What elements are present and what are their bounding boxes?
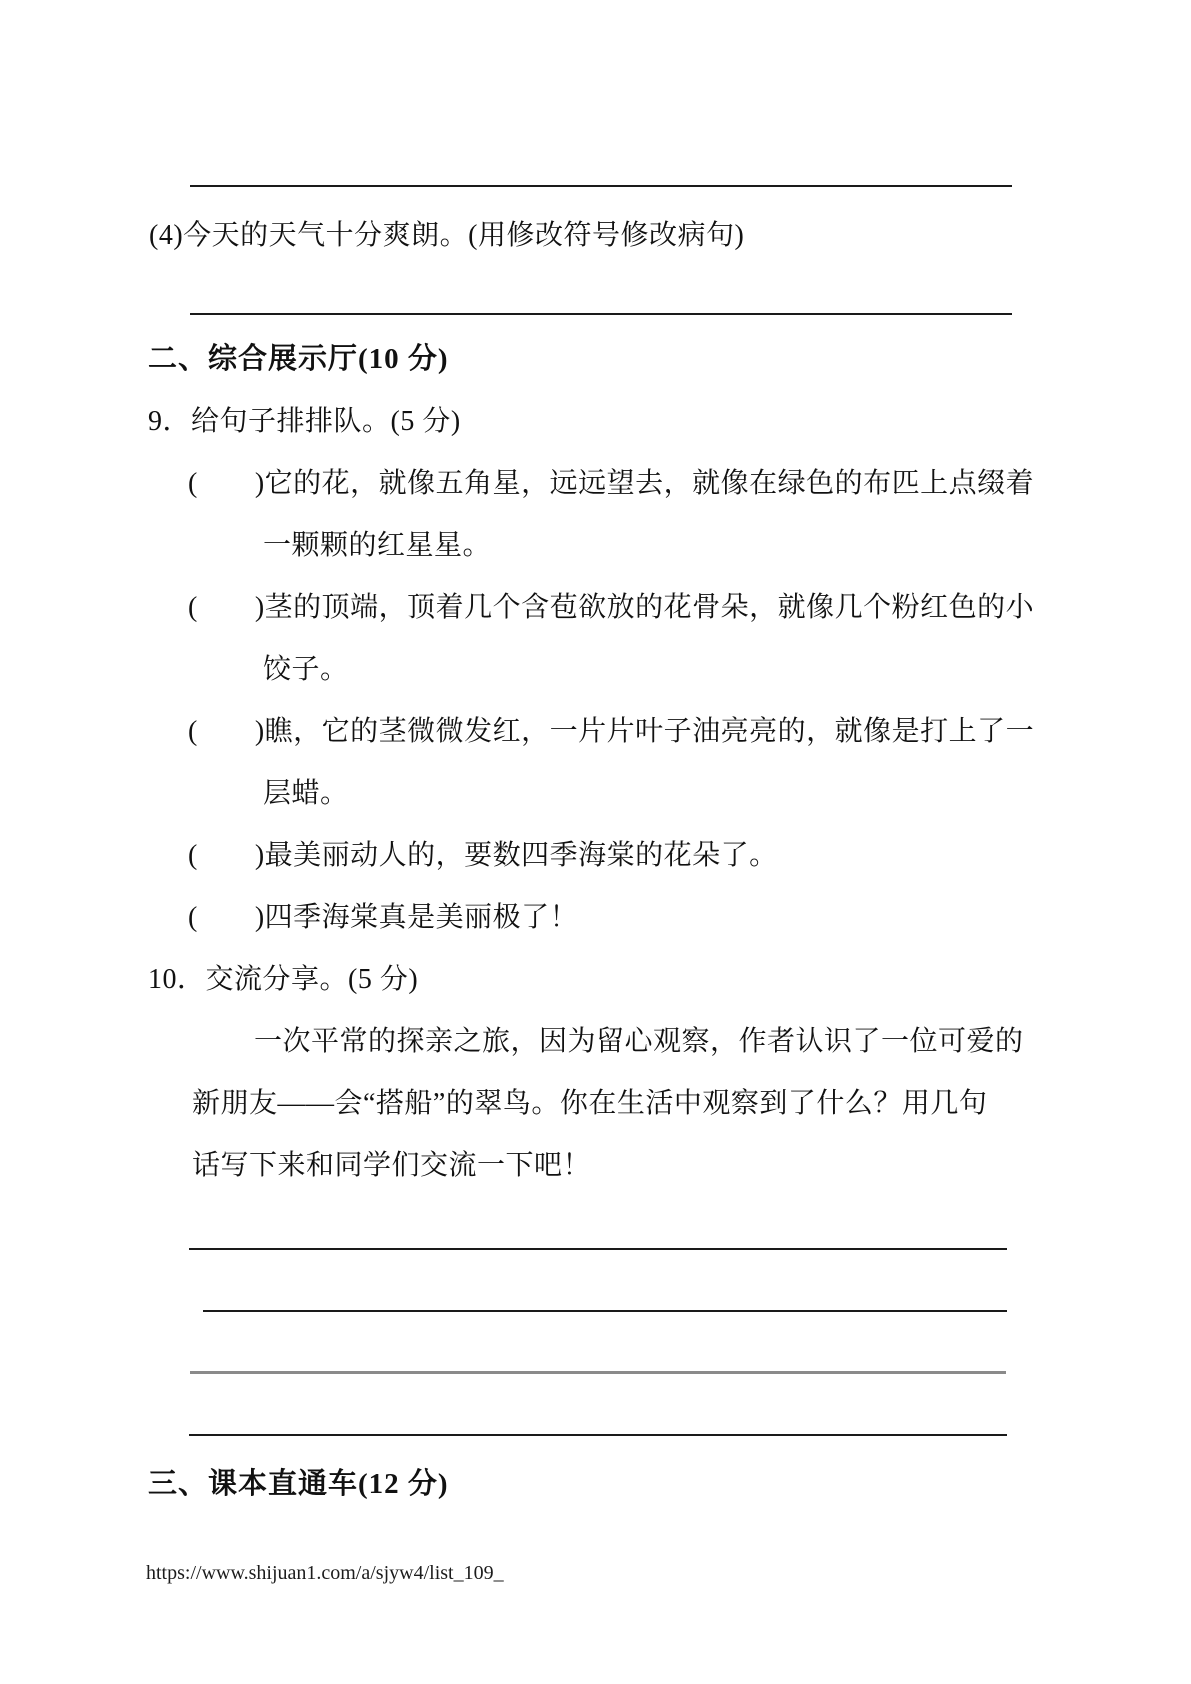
- question-9-label: 9．给句子排排队。(5 分): [148, 404, 461, 440]
- question-10-paragraph-line: 话写下来和同学们交流一下吧！: [192, 1148, 591, 1184]
- question-4-text: (4)今天的天气十分爽朗。(用修改符号修改病句): [149, 218, 744, 254]
- question-9-sentence-line: ( )它的花，就像五角星，远远望去，就像在绿色的布匹上点缀着: [188, 466, 1034, 502]
- footer-url: https://www.shijuan1.com/a/sjyw4/list_10…: [146, 1560, 504, 1586]
- question-9-sentence-line: ( )瞧，它的茎微微发红，一片片叶子油亮亮的，就像是打上了一: [188, 714, 1034, 750]
- question-10-paragraph-line: 一次平常的探亲之旅，因为留心观察，作者认识了一位可爱的: [254, 1024, 1024, 1060]
- question-10-paragraph-line: 新朋友——会“搭船”的翠鸟。你在生活中观察到了什么？用几句: [192, 1086, 987, 1122]
- answer-blank-line: [190, 185, 1012, 187]
- question-9-sentence-line: 层蜡。: [263, 776, 349, 812]
- question-9-sentence-line: 一颗颗的红星星。: [263, 528, 491, 564]
- answer-blank-line: [189, 1434, 1007, 1436]
- worksheet-page: (4)今天的天气十分爽朗。(用修改符号修改病句) 二、综合展示厅(10 分) 9…: [0, 0, 1191, 1684]
- question-9-sentence-line: ( )最美丽动人的，要数四季海棠的花朵了。: [188, 838, 778, 874]
- question-10-label: 10．交流分享。(5 分): [148, 962, 418, 998]
- answer-blank-line: [189, 1248, 1007, 1250]
- question-9-sentence-line: ( )茎的顶端，顶着几个含苞欲放的花骨朵，就像几个粉红色的小: [188, 590, 1034, 626]
- answer-blank-line: [203, 1310, 1007, 1312]
- answer-blank-line-gray: [190, 1371, 1006, 1374]
- answer-blank-line: [190, 313, 1012, 315]
- question-9-sentence-line: 饺子。: [263, 652, 349, 688]
- question-9-sentence-line: ( )四季海棠真是美丽极了！: [188, 900, 578, 936]
- section-3-heading: 三、课本直通车(12 分): [148, 1466, 449, 1502]
- section-2-heading: 二、综合展示厅(10 分): [148, 341, 449, 377]
